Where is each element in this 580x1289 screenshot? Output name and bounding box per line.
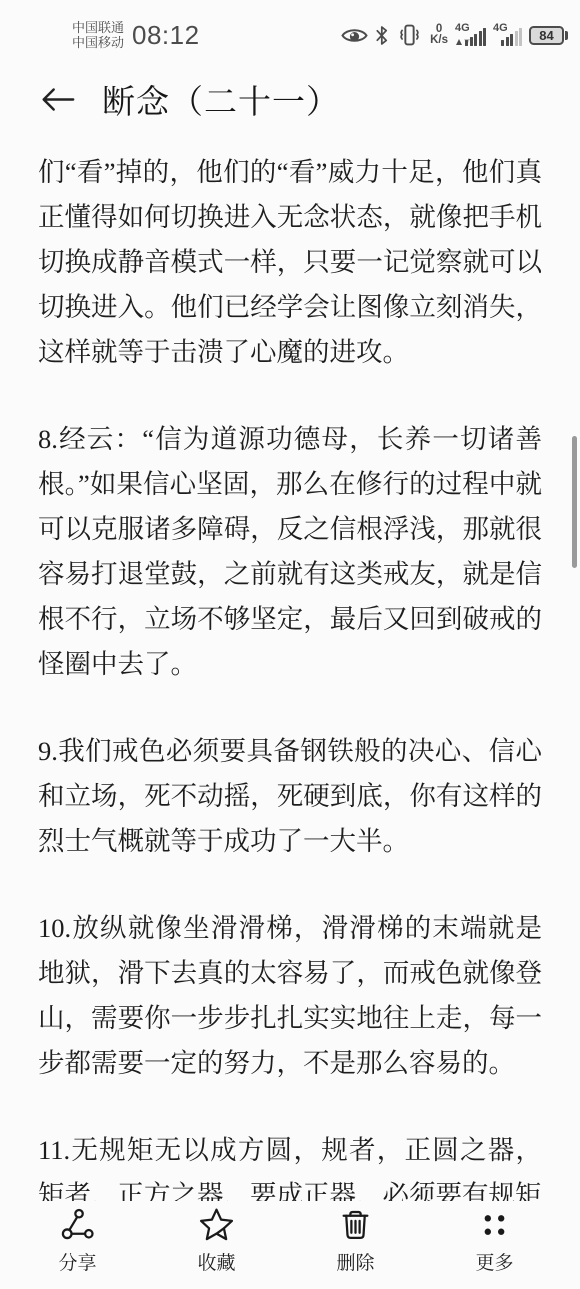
body-paragraph: 8.经云：“信为道源功德母，长养一切诸善根。”如果信心坚固，那么在修行的过程中就…	[38, 417, 542, 687]
signal-sim1-icon: 4G	[455, 22, 486, 49]
battery-icon: 84	[529, 26, 568, 45]
delete-button[interactable]: 删除	[336, 1206, 374, 1275]
signal-sim2-icon: 4G	[493, 22, 522, 49]
bottom-toolbar: 分享 收藏 删除	[0, 1201, 580, 1289]
status-bar: 中国联通 中国移动 08:12 0 K/s	[0, 0, 580, 62]
favorite-label: 收藏	[197, 1248, 235, 1275]
carrier-1: 中国联通	[72, 20, 124, 35]
star-icon	[198, 1206, 235, 1243]
favorite-button[interactable]: 收藏	[197, 1206, 235, 1275]
trash-icon	[337, 1206, 374, 1243]
carrier-names: 中国联通 中国移动	[72, 20, 124, 50]
eye-comfort-icon	[341, 26, 368, 45]
more-label: 更多	[475, 1248, 513, 1275]
body-paragraph: 9.我们戒色必须要具备钢铁般的决心、信心和立场，死不动摇，死硬到底，你有这样的烈…	[38, 729, 542, 864]
delete-label: 删除	[336, 1248, 374, 1275]
body-paragraph: 们“看”掉的，他们的“看”威力十足，他们真正懂得如何切换进入无念状态，就像把手机…	[38, 150, 542, 375]
back-button[interactable]	[38, 85, 76, 114]
scrollbar-thumb[interactable]	[572, 436, 577, 568]
title-bar: 断念（二十一）	[0, 62, 580, 136]
share-icon	[59, 1206, 96, 1243]
vibrate-icon	[396, 23, 423, 47]
article-body: 们“看”掉的，他们的“看”威力十足，他们真正懂得如何切换进入无念状态，就像把手机…	[0, 136, 580, 1218]
share-label: 分享	[58, 1248, 96, 1275]
bluetooth-icon	[375, 24, 389, 47]
status-clock: 08:12	[132, 20, 200, 51]
more-icon	[476, 1206, 513, 1243]
share-button[interactable]: 分享	[58, 1206, 96, 1275]
page-title: 断念（二十一）	[102, 76, 340, 123]
carrier-2: 中国移动	[72, 35, 124, 50]
battery-percent: 84	[529, 26, 564, 45]
body-paragraph: 10.放纵就像坐滑滑梯，滑滑梯的末端就是地狱，滑下去真的太容易了，而戒色就像登山…	[38, 906, 542, 1086]
network-speed: 0 K/s	[430, 24, 448, 46]
back-arrow-icon	[38, 85, 76, 114]
more-button[interactable]: 更多	[475, 1206, 513, 1275]
